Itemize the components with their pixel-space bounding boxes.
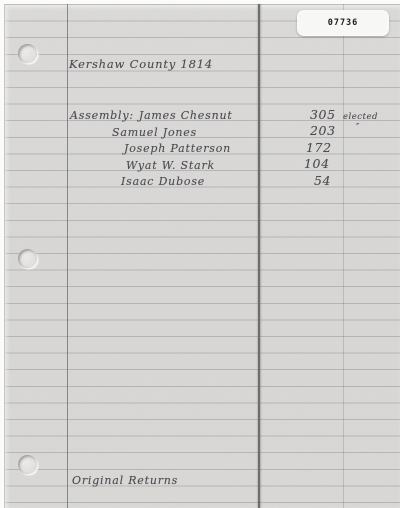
ditto-mark: ″ [356, 124, 360, 133]
vote-count: 104 [304, 158, 330, 171]
entry-row: Assembly:James Chesnut [70, 110, 233, 121]
ledger-paper [4, 4, 400, 508]
vote-count: 54 [314, 175, 331, 188]
candidate-name: James Chesnut [139, 109, 233, 122]
vote-count: 203 [310, 125, 336, 138]
punch-hole-middle [18, 249, 37, 268]
margin-rule-line [67, 4, 68, 508]
candidate-name: Wyat W. Stark [126, 160, 215, 171]
elected-annotation: elected [343, 113, 378, 122]
page-title: Kershaw County 1814 [69, 59, 213, 71]
punch-hole-bottom [18, 455, 37, 474]
section-label: Assembly: [70, 109, 134, 122]
candidate-name: Isaac Dubose [121, 176, 205, 187]
page-edge-fold-line [258, 4, 260, 508]
archive-number-text: 07736 [328, 18, 359, 28]
faint-column-rule-line [343, 4, 344, 508]
archive-number-label: 07736 [297, 10, 389, 36]
scanned-document: 07736 Kershaw County 1814 Assembly:James… [0, 0, 400, 508]
punch-hole-top [18, 44, 37, 63]
vote-count: 172 [306, 142, 332, 155]
candidate-name: Joseph Patterson [124, 143, 231, 154]
candidate-name: Samuel Jones [112, 127, 197, 138]
footer-note: Original Returns [72, 475, 178, 486]
vote-count: 305 [310, 109, 336, 122]
